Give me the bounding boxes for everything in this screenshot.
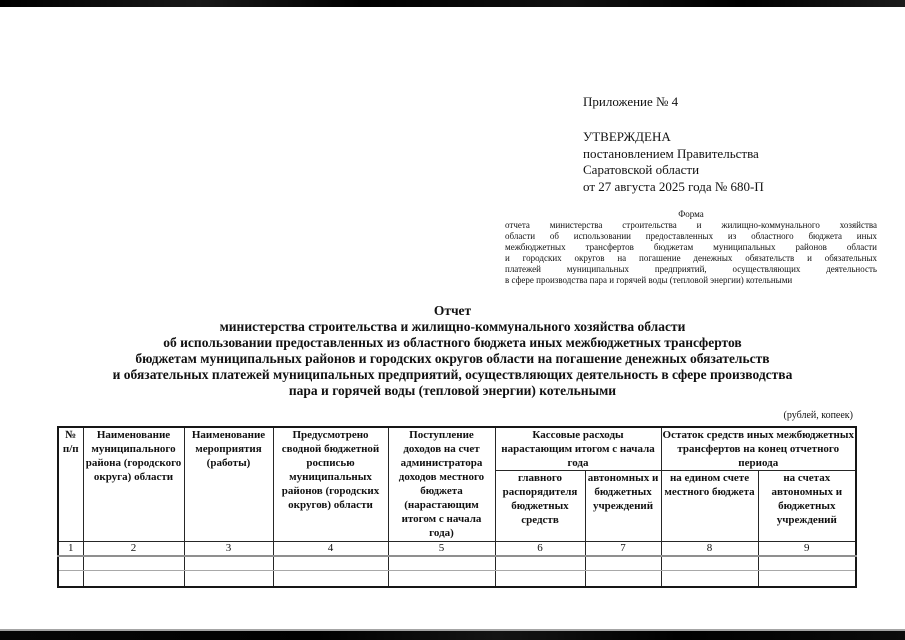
- col-header-budget-provision: Предусмотрено сводной бюджетной росписью…: [273, 427, 388, 542]
- approval-block: УТВЕРЖДЕНА постановлением Правительства …: [583, 129, 764, 195]
- form-text-line: в сфере производства пара и горячей воды…: [505, 275, 877, 286]
- col-header-num: № п/п: [58, 427, 83, 542]
- empty-cell: [661, 556, 758, 571]
- scan-artifact-bottom-edge: [0, 631, 905, 640]
- form-text-line: области об использовании предоставленных…: [505, 231, 877, 242]
- report-title-line: об использовании предоставленных из обла…: [0, 335, 905, 351]
- column-number: 7: [585, 542, 661, 557]
- col-group-cash-expenses: Кассовые расходы нарастающим итогом с на…: [495, 427, 661, 471]
- form-text-line: платежей муниципальных предприятий, осущ…: [505, 264, 877, 275]
- empty-cell: [758, 556, 856, 571]
- column-number: 3: [184, 542, 273, 557]
- empty-cell: [83, 556, 184, 571]
- empty-cell: [661, 571, 758, 588]
- column-number: 6: [495, 542, 585, 557]
- report-title-line: пара и горячей воды (тепловой энергии) к…: [0, 383, 905, 399]
- form-text-line: межбюджетных трансфертов бюджетам муници…: [505, 242, 877, 253]
- col-header-activity: Наименование мероприятия (работы): [184, 427, 273, 542]
- col-header-institution-accounts: на счетах автономных и бюджетных учрежде…: [758, 471, 856, 542]
- empty-cell: [585, 571, 661, 588]
- report-table: № п/п Наименование муниципального района…: [57, 426, 857, 588]
- report-title-line: и обязательных платежей муниципальных пр…: [0, 367, 905, 383]
- empty-cell: [184, 571, 273, 588]
- col-header-single-account: на едином счете местного бюджета: [661, 471, 758, 542]
- empty-cell: [58, 571, 83, 588]
- approval-line: постановлением Правительства: [583, 146, 764, 163]
- empty-cell: [388, 571, 495, 588]
- approval-line: Саратовской области: [583, 162, 764, 179]
- units-note: (рублей, копеек): [784, 410, 853, 421]
- report-title-line: бюджетам муниципальных районов и городск…: [0, 351, 905, 367]
- approval-line: от 27 августа 2025 года № 680-П: [583, 179, 764, 196]
- approval-title: УТВЕРЖДЕНА: [583, 129, 764, 146]
- column-number: 2: [83, 542, 184, 557]
- header-row-groups: № п/п Наименование муниципального района…: [58, 427, 856, 471]
- report-title-line: министерства строительства и жилищно-ком…: [0, 319, 905, 335]
- appendix-label: Приложение № 4: [583, 94, 678, 110]
- column-number: 8: [661, 542, 758, 557]
- report-title-line: Отчет: [0, 303, 905, 319]
- empty-cell: [184, 556, 273, 571]
- report-title: Отчет министерства строительства и жилищ…: [0, 303, 905, 398]
- empty-cell: [585, 556, 661, 571]
- form-text-line: и городских округов на погашение денежны…: [505, 253, 877, 264]
- scanned-document-page: Приложение № 4 УТВЕРЖДЕНА постановлением…: [0, 0, 905, 640]
- empty-cell: [83, 571, 184, 588]
- column-number: 4: [273, 542, 388, 557]
- col-header-grbs: главного распорядителя бюджетных средств: [495, 471, 585, 542]
- empty-cell: [388, 556, 495, 571]
- empty-cell: [273, 556, 388, 571]
- empty-cell: [495, 556, 585, 571]
- empty-cell: [58, 556, 83, 571]
- form-note-block: Форма отчета министерства строительства …: [505, 209, 877, 286]
- table-row: [58, 556, 856, 571]
- col-group-transfer-balance: Остаток средств иных межбюджетных трансф…: [661, 427, 856, 471]
- form-label: Форма: [505, 209, 877, 220]
- table-row: [58, 571, 856, 588]
- col-header-municipality: Наименование муниципального района (горо…: [83, 427, 184, 542]
- scan-artifact-top-edge: [0, 0, 905, 7]
- column-number: 5: [388, 542, 495, 557]
- col-header-income-receipts: Поступление доходов на счет администрато…: [388, 427, 495, 542]
- empty-cell: [273, 571, 388, 588]
- column-number: 1: [58, 542, 83, 557]
- column-number: 9: [758, 542, 856, 557]
- empty-cell: [495, 571, 585, 588]
- column-numbers-row: 1 2 3 4 5 6 7 8 9: [58, 542, 856, 557]
- form-text-line: отчета министерства строительства и жили…: [505, 220, 877, 231]
- col-header-autonomous-institutions: автономных и бюджетных учреждений: [585, 471, 661, 542]
- empty-cell: [758, 571, 856, 588]
